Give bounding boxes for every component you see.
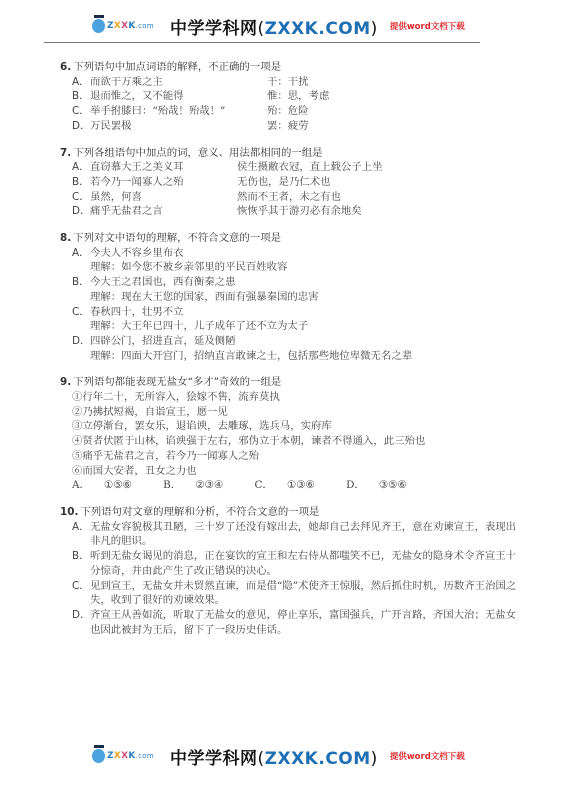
header-tagline: 提供word文档下载 bbox=[390, 20, 465, 32]
question-stem: 7.下列各组语句中加点的词，意义、用法都相同的一组是 bbox=[60, 146, 520, 161]
option-d: D．四辟公门，招进直言，延及侧陋 bbox=[60, 334, 520, 349]
question-7: 7.下列各组语句中加点的词，意义、用法都相同的一组是 A．直窃慕大王之美义耳侯生… bbox=[60, 146, 520, 220]
option-a-explanation: 理解：如今您不被乡亲邻里的平民百姓收容 bbox=[60, 260, 520, 275]
option-b: B．退而惟之，又不能得惟：思，考虑 bbox=[60, 89, 520, 104]
logo-wordmark: ZXXK.com bbox=[107, 21, 154, 31]
mascot-icon bbox=[92, 19, 105, 33]
question-stem: 6.下列语句中加点词语的解释，不正确的一项是 bbox=[60, 60, 520, 75]
zxxk-logo: ZXXK.com bbox=[92, 16, 154, 36]
option-a: A．无盐女容貌极其丑陋，三十岁了还没有嫁出去，她却自己去拜见齐王，意在劝谏宣王，… bbox=[60, 520, 520, 549]
answer-choices: A．①⑤⑥ B．②③④ C．①③⑥ D．③⑤⑥ bbox=[60, 478, 520, 493]
statement-4: ④贤者伏匿于山林，谄谀强于左右，邪伪立于本朝，谏者不得通入，此三殆也 bbox=[60, 434, 520, 449]
statement-1: ①行年二十，无所容入，狯嫁不售，流弃莫执 bbox=[60, 390, 520, 405]
question-10: 10.下列语句对文章的理解和分析，不符合文意的一项是 A．无盐女容貌极其丑陋，三… bbox=[60, 505, 520, 637]
statement-3: ③立停渐台，罢女乐，退谄谀，去雕琢，选兵马，实府库 bbox=[60, 419, 520, 434]
option-d: D．万民罢极罢：疲劳 bbox=[60, 119, 520, 134]
answer-d: D．③⑤⑥ bbox=[346, 479, 421, 491]
zxxk-logo: ZXXK.com bbox=[92, 746, 154, 766]
exam-content: 6.下列语句中加点词语的解释，不正确的一项是 A．而欲干万乘之主干：干扰 B．退… bbox=[60, 60, 520, 637]
option-a: A．今夫人不容乡里布衣 bbox=[60, 246, 520, 261]
answer-c: C．①③⑥ bbox=[254, 479, 328, 491]
question-9: 9.下列语句都能表现无盐女“多才”奇效的一组是 ①行年二十，无所容入，狯嫁不售，… bbox=[60, 375, 520, 493]
option-a: A．而欲干万乘之主干：干扰 bbox=[60, 75, 520, 90]
question-8: 8.下列对文中语句的理解，不符合文意的一项是 A．今夫人不容乡里布衣 理解：如今… bbox=[60, 231, 520, 363]
option-c: C．春秋四十，壮男不立 bbox=[60, 305, 520, 320]
option-b: B．今大王之君国也，西有衡秦之患 bbox=[60, 275, 520, 290]
question-stem: 8.下列对文中语句的理解，不符合文意的一项是 bbox=[60, 231, 520, 246]
logo-wordmark: ZXXK.com bbox=[107, 751, 154, 761]
site-title: 中学学科网(ZXXK.COM) bbox=[170, 744, 378, 769]
answer-a: A．①⑤⑥ bbox=[72, 479, 146, 491]
answer-b: B．②③④ bbox=[163, 479, 237, 491]
option-b-explanation: 理解：现在大王您的国家，西面有强暴秦国的忠害 bbox=[60, 290, 520, 305]
statement-6: ⑥而国大安者，丑女之力也 bbox=[60, 464, 520, 479]
option-d: D．痛乎无盐君之言恢恢乎其于游刃必有余地矣 bbox=[60, 204, 520, 219]
option-b: B．若今乃一闻寡人之殆无伤也，是乃仁术也 bbox=[60, 175, 520, 190]
page-footer: ZXXK.com 中学学科网(ZXXK.COM) 提供word文档下载 bbox=[0, 738, 570, 774]
option-c-explanation: 理解：大王年已四十，儿子成年了还不立为太子 bbox=[60, 319, 520, 334]
statement-2: ②乃拂拭短褐，自诣宣王，愿一见 bbox=[60, 405, 520, 420]
option-c: C．见到宣王，无盐女并未贸然直谏，而是借“隐”术使齐王惊服，然后抓住时机，历数齐… bbox=[60, 579, 520, 608]
option-b: B．听到无盐女谒见的消息，正在宴饮的宣王和左右侍从都嗤笑不已，无盐女的隐身术令齐… bbox=[60, 549, 520, 578]
footer-tagline: 提供word文档下载 bbox=[390, 750, 465, 762]
question-stem: 9.下列语句都能表现无盐女“多才”奇效的一组是 bbox=[60, 375, 520, 390]
option-c: C．举手拊膝曰：“殆哉！殆哉！”殆：危险 bbox=[60, 104, 520, 119]
header-divider bbox=[44, 42, 480, 43]
question-6: 6.下列语句中加点词语的解释，不正确的一项是 A．而欲干万乘之主干：干扰 B．退… bbox=[60, 60, 520, 134]
option-a: A．直窃慕大王之美义耳侯生摄敝衣冠，直上载公子上坐 bbox=[60, 160, 520, 175]
option-c: C．虽然，何喜然而不王者，未之有也 bbox=[60, 190, 520, 205]
question-stem: 10.下列语句对文章的理解和分析，不符合文意的一项是 bbox=[60, 505, 520, 520]
option-d: D．齐宣王从善如流，听取了无盐女的意见，停止享乐，富国强兵，广开言路，齐国大治；… bbox=[60, 608, 520, 637]
mascot-icon bbox=[92, 749, 105, 763]
site-title: 中学学科网(ZXXK.COM) bbox=[170, 14, 378, 39]
page-header: ZXXK.com 中学学科网(ZXXK.COM) 提供word文档下载 bbox=[0, 8, 570, 44]
statement-5: ⑤痛乎无盐君之言，若今乃一闻寡人之殆 bbox=[60, 449, 520, 464]
option-d-explanation: 理解：四面大开宫门，招纳直言敢谏之士，包括那些地位卑微无名之辈 bbox=[60, 349, 520, 364]
